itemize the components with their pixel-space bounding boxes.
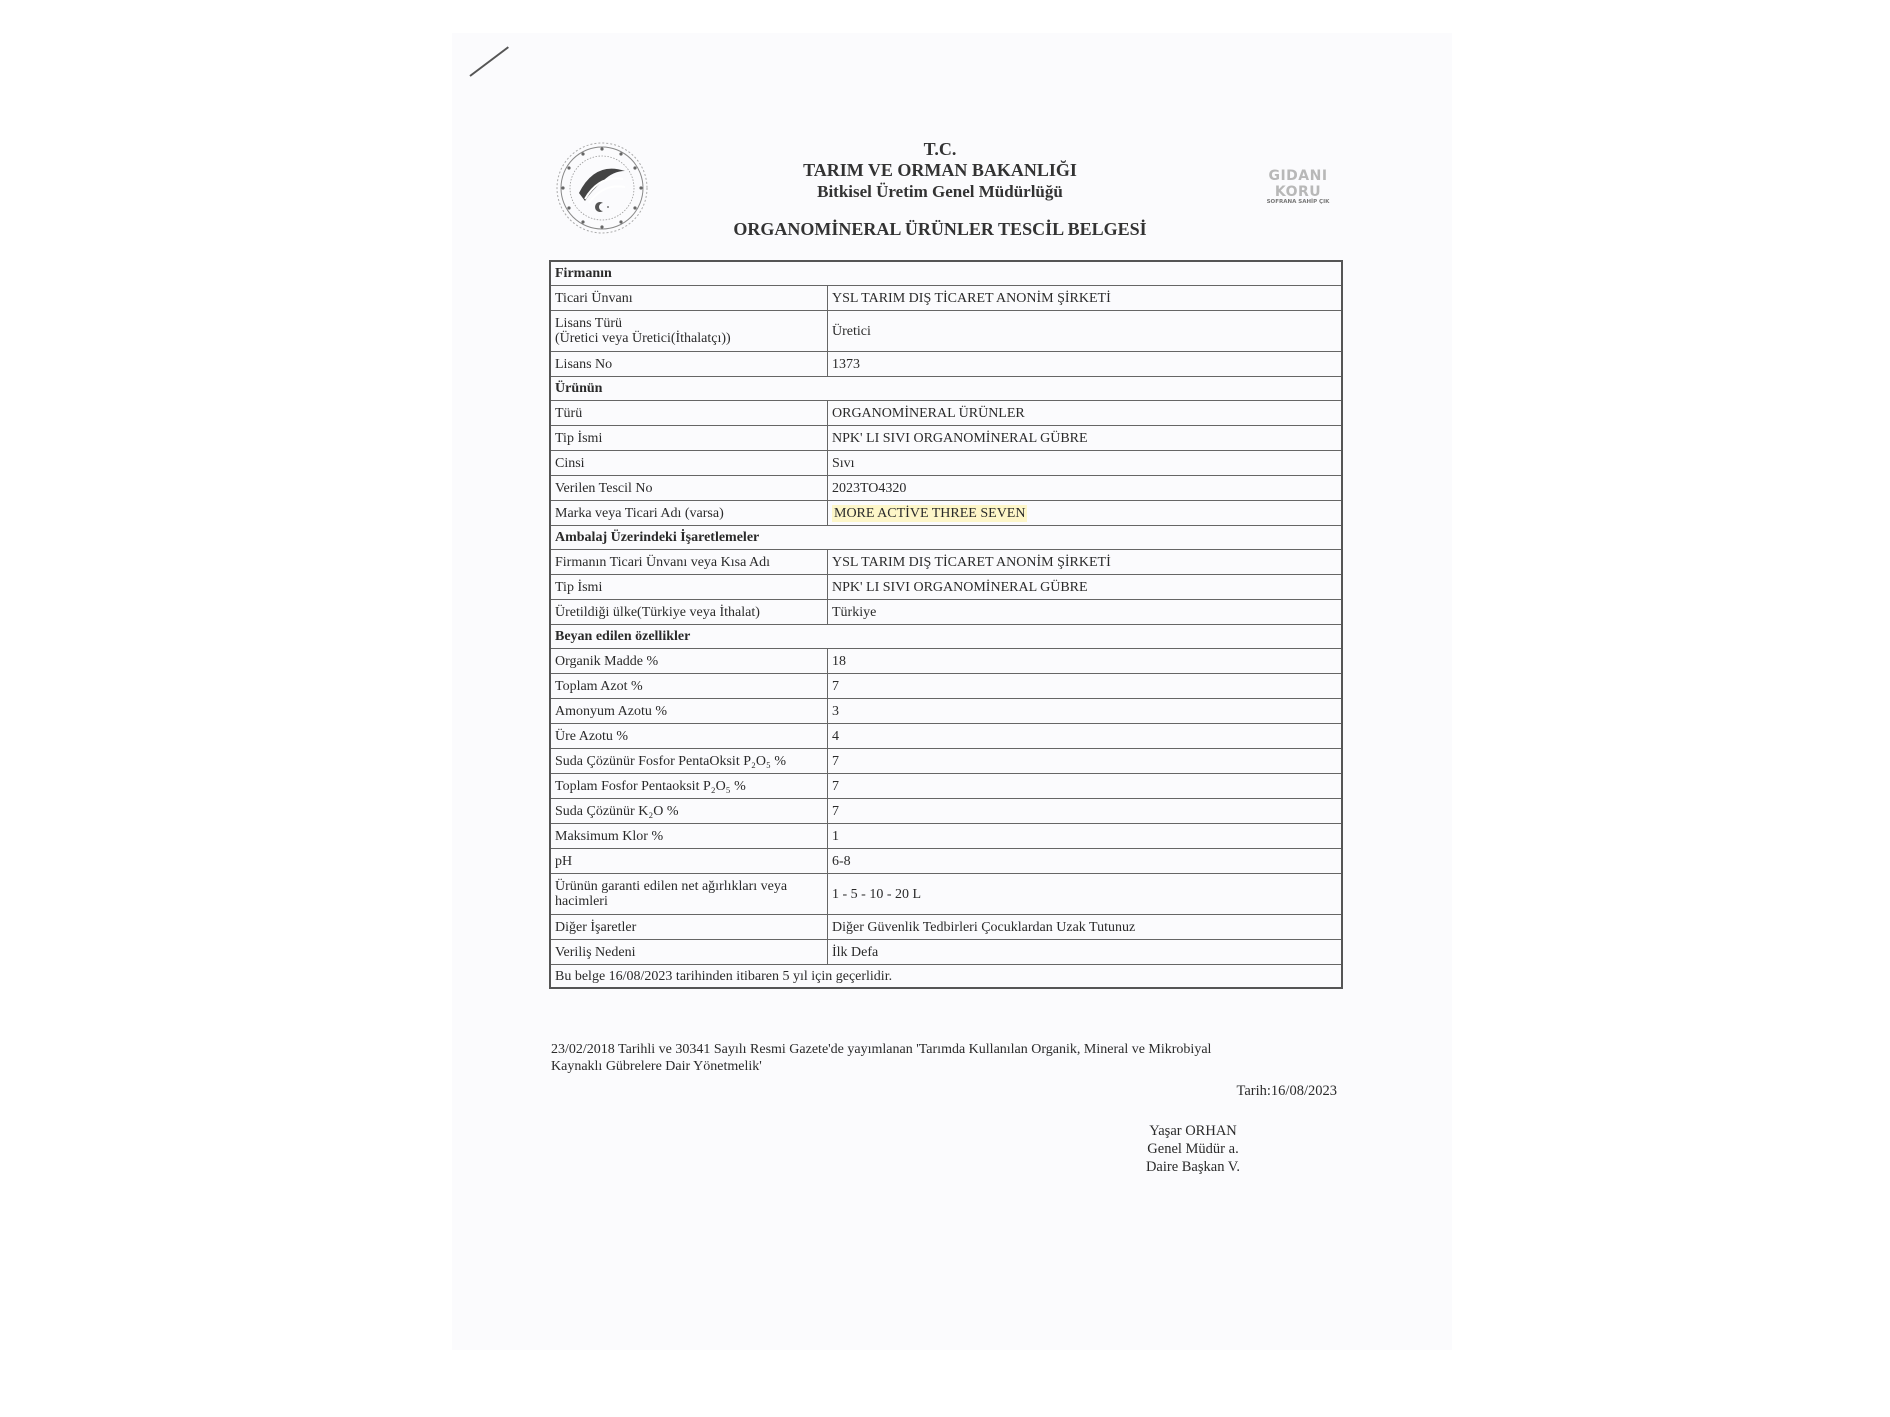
value-text: 7 [832, 779, 839, 794]
row-label: Üre Azotu % [550, 724, 828, 749]
row-value: YSL TARIM DIŞ TİCARET ANONİM ŞİRKETİ [828, 286, 1343, 311]
value-text: 1 [832, 829, 839, 844]
row-value: 3 [828, 699, 1343, 724]
row-value: 7 [828, 774, 1343, 799]
row-label: Amonyum Azotu % [550, 699, 828, 724]
signatory-title2: Daire Başkan V. [1130, 1158, 1256, 1176]
row-value: 7 [828, 674, 1343, 699]
row-value: ORGANOMİNERAL ÜRÜNLER [828, 401, 1343, 426]
table-row: Toplam Azot %7 [550, 674, 1342, 699]
section-header-row: Ambalaj Üzerindeki İşaretlemeler [550, 526, 1342, 550]
value-text: YSL TARIM DIŞ TİCARET ANONİM ŞİRKETİ [832, 291, 1111, 306]
row-label: Marka veya Ticari Adı (varsa) [550, 501, 828, 526]
value-text: 18 [832, 654, 846, 669]
row-label: Toplam Fosfor Pentaoksit P₂O₅ % [550, 774, 828, 799]
issue-date: Tarih:16/08/2023 [1100, 1083, 1337, 1100]
table-row: Diğer İşaretlerDiğer Güvenlik Tedbirleri… [550, 915, 1342, 940]
row-value: 1 [828, 824, 1343, 849]
validity-row: Bu belge 16/08/2023 tarihinden itibaren … [550, 965, 1342, 989]
value-text: NPK' LI SIVI ORGANOMİNERAL GÜBRE [832, 431, 1088, 446]
row-label: Ticari Ünvanı [550, 286, 828, 311]
row-label: Verilen Tescil No [550, 476, 828, 501]
brand-logo-name: GIDANI KORU [1243, 168, 1353, 200]
row-label: Cinsi [550, 451, 828, 476]
row-label: Suda Çözünür Fosfor PentaOksit P₂O₅ % [550, 749, 828, 774]
regulation-footnote: 23/02/2018 Tarihli ve 30341 Sayılı Resmi… [551, 1041, 1351, 1075]
table-row: Suda Çözünür K₂O %7 [550, 799, 1342, 824]
row-label: Üretildiği ülke(Türkiye veya İthalat) [550, 600, 828, 625]
row-label: Lisans Türü(Üretici veya Üretici(İthalat… [550, 311, 828, 352]
row-value: MORE ACTİVE THREE SEVEN [828, 501, 1343, 526]
signatory-title1: Genel Müdür a. [1130, 1140, 1256, 1158]
header-ministry: TARIM VE ORMAN BAKANLIĞI [700, 160, 1180, 181]
row-label: Suda Çözünür K₂O % [550, 799, 828, 824]
section-title: Ambalaj Üzerindeki İşaretlemeler [550, 526, 1342, 550]
validity-note: Bu belge 16/08/2023 tarihinden itibaren … [550, 965, 1342, 989]
signature-block: Yaşar ORHAN Genel Müdür a. Daire Başkan … [1130, 1122, 1256, 1176]
row-value: 18 [828, 649, 1343, 674]
row-value: NPK' LI SIVI ORGANOMİNERAL GÜBRE [828, 575, 1343, 600]
table-row: Üretildiği ülke(Türkiye veya İthalat)Tür… [550, 600, 1342, 625]
value-text: 6-8 [832, 854, 851, 869]
row-label: Toplam Azot % [550, 674, 828, 699]
table-row: Ürünün garanti edilen net ağırlıkları ve… [550, 874, 1342, 915]
row-value: Üretici [828, 311, 1343, 352]
table-row: pH6-8 [550, 849, 1342, 874]
row-label-line1: Ürünün garanti edilen net ağırlıkları ve… [555, 879, 823, 894]
row-value: Sıvı [828, 451, 1343, 476]
row-label: Tip İsmi [550, 426, 828, 451]
value-text: 2023TO4320 [832, 481, 906, 496]
row-label: Firmanın Ticari Ünvanı veya Kısa Adı [550, 550, 828, 575]
row-label: Veriliş Nedeni [550, 940, 828, 965]
value-text: Üretici [832, 324, 871, 339]
row-value: 1 - 5 - 10 - 20 L [828, 874, 1343, 915]
certificate-table: FirmanınTicari ÜnvanıYSL TARIM DIŞ TİCAR… [549, 260, 1343, 989]
row-label: Lisans No [550, 352, 828, 377]
row-value: Diğer Güvenlik Tedbirleri Çocuklardan Uz… [828, 915, 1343, 940]
document-header: T.C. TARIM VE ORMAN BAKANLIĞI Bitkisel Ü… [700, 139, 1180, 202]
footnote-line2: Kaynaklı Gübrelere Dair Yönetmelik' [551, 1058, 1351, 1075]
table-row: CinsiSıvı [550, 451, 1342, 476]
table-row: Lisans Türü(Üretici veya Üretici(İthalat… [550, 311, 1342, 352]
value-text: 4 [832, 729, 839, 744]
row-value: 7 [828, 749, 1343, 774]
value-text: YSL TARIM DIŞ TİCARET ANONİM ŞİRKETİ [832, 555, 1111, 570]
table-row: Tip İsmiNPK' LI SIVI ORGANOMİNERAL GÜBRE [550, 426, 1342, 451]
table-row: Lisans No1373 [550, 352, 1342, 377]
row-value: 6-8 [828, 849, 1343, 874]
table-row: Veriliş Nedeniİlk Defa [550, 940, 1342, 965]
table-row: Marka veya Ticari Adı (varsa)MORE ACTİVE… [550, 501, 1342, 526]
row-label-line2: (Üretici veya Üretici(İthalatçı)) [555, 331, 823, 346]
value-text: 1 - 5 - 10 - 20 L [832, 887, 921, 902]
row-label: Maksimum Klor % [550, 824, 828, 849]
value-text: 7 [832, 804, 839, 819]
section-header-row: Beyan edilen özellikler [550, 625, 1342, 649]
section-header-row: Ürünün [550, 377, 1342, 401]
row-value: Türkiye [828, 600, 1343, 625]
row-value: NPK' LI SIVI ORGANOMİNERAL GÜBRE [828, 426, 1343, 451]
table-row: Tip İsmiNPK' LI SIVI ORGANOMİNERAL GÜBRE [550, 575, 1342, 600]
value-text: 7 [832, 754, 839, 769]
table-row: TürüORGANOMİNERAL ÜRÜNLER [550, 401, 1342, 426]
table-row: Amonyum Azotu %3 [550, 699, 1342, 724]
value-text: ORGANOMİNERAL ÜRÜNLER [832, 406, 1025, 421]
header-tc: T.C. [700, 139, 1180, 160]
table-row: Suda Çözünür Fosfor PentaOksit P₂O₅ %7 [550, 749, 1342, 774]
document-title: ORGANOMİNERAL ÜRÜNLER TESCİL BELGESİ [640, 219, 1240, 240]
row-value: İlk Defa [828, 940, 1343, 965]
value-text: 7 [832, 679, 839, 694]
value-text: İlk Defa [832, 945, 878, 960]
footnote-line1: 23/02/2018 Tarihli ve 30341 Sayılı Resmi… [551, 1041, 1351, 1058]
table-row: Maksimum Klor %1 [550, 824, 1342, 849]
value-text: Diğer Güvenlik Tedbirleri Çocuklardan Uz… [832, 920, 1135, 935]
signatory-name: Yaşar ORHAN [1130, 1122, 1256, 1140]
table-row: Ticari ÜnvanıYSL TARIM DIŞ TİCARET ANONİ… [550, 286, 1342, 311]
row-label-line1: Lisans Türü [555, 316, 823, 331]
value-text: 1373 [832, 357, 860, 372]
value-text: 3 [832, 704, 839, 719]
table-row: Verilen Tescil No2023TO4320 [550, 476, 1342, 501]
value-text: NPK' LI SIVI ORGANOMİNERAL GÜBRE [832, 580, 1088, 595]
row-label: Organik Madde % [550, 649, 828, 674]
section-title: Firmanın [550, 261, 1342, 286]
row-value: 7 [828, 799, 1343, 824]
brand-logo-slogan: SOFRANA SAHİP ÇIK [1243, 199, 1353, 205]
row-label: Ürünün garanti edilen net ağırlıkları ve… [550, 874, 828, 915]
row-label: Tip İsmi [550, 575, 828, 600]
row-value: 1373 [828, 352, 1343, 377]
section-title: Ürünün [550, 377, 1342, 401]
row-value: 2023TO4320 [828, 476, 1343, 501]
section-header-row: Firmanın [550, 261, 1342, 286]
value-text: Sıvı [832, 456, 855, 471]
row-label: pH [550, 849, 828, 874]
table-row: Üre Azotu %4 [550, 724, 1342, 749]
row-value: YSL TARIM DIŞ TİCARET ANONİM ŞİRKETİ [828, 550, 1343, 575]
row-label-line2: hacimleri [555, 894, 823, 909]
value-text: Türkiye [832, 605, 876, 620]
table-row: Toplam Fosfor Pentaoksit P₂O₅ %7 [550, 774, 1342, 799]
section-title: Beyan edilen özellikler [550, 625, 1342, 649]
highlighted-value: MORE ACTİVE THREE SEVEN [832, 505, 1027, 522]
table-row: Organik Madde %18 [550, 649, 1342, 674]
row-value: 4 [828, 724, 1343, 749]
row-label: Diğer İşaretler [550, 915, 828, 940]
row-label: Türü [550, 401, 828, 426]
header-directorate: Bitkisel Üretim Genel Müdürlüğü [700, 181, 1180, 202]
brand-logo: GIDANI KORU SOFRANA SAHİP ÇIK [1243, 168, 1353, 205]
table-row: Firmanın Ticari Ünvanı veya Kısa AdıYSL … [550, 550, 1342, 575]
ministry-seal-icon [555, 141, 649, 235]
